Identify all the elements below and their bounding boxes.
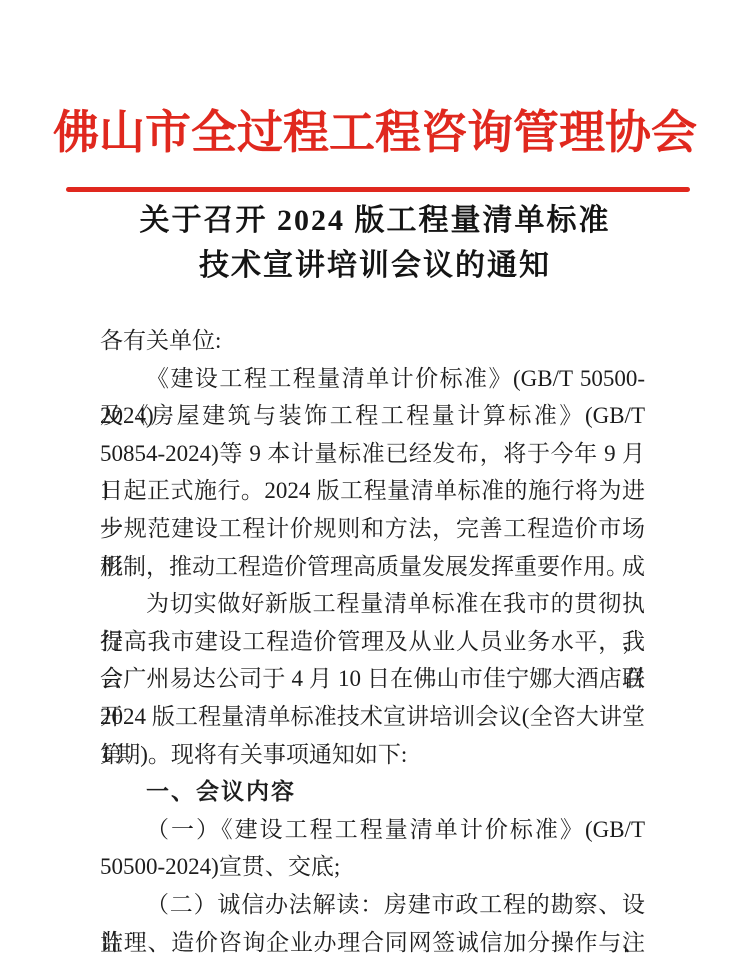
body-line: （二）诚信办法解读：房建市政工程的勘察、设计、 <box>100 886 645 924</box>
body-line: 为切实做好新版工程量清单标准在我市的贯彻执行， <box>100 585 645 623</box>
document-title-line-1: 关于召开 2024 版工程量清单标准 <box>0 198 750 243</box>
letterhead-org-name: 佛山市全过程工程咨询管理协会 <box>0 103 750 163</box>
letterhead-divider-line <box>66 187 690 192</box>
body-line: 合广州易达公司于 4 月 10 日在佛山市佳宁娜大酒店召开 <box>100 660 645 698</box>
body-line-salutation: 各有关单位: <box>100 322 645 360</box>
document-title-line-2: 技术宣讲培训会议的通知 <box>0 243 750 288</box>
body-line: 1 期)。现将有关事项通知如下: <box>100 736 645 774</box>
notice-document-page: 佛山市全过程工程咨询管理协会 关于召开 2024 版工程量清单标准 技术宣讲培训… <box>0 0 750 962</box>
body-line: 2024 版工程量清单标准技术宣讲培训会议(全咨大讲堂第 <box>100 698 645 736</box>
body-line: 及《房屋建筑与装饰工程工程量计算标准》(GB/T <box>100 397 645 435</box>
body-line: 50854-2024)等 9 本计量标准已经发布，将于今年 9 月 1 <box>100 435 645 473</box>
body-line: 机制，推动工程造价管理高质量发展发挥重要作用。 <box>100 548 645 586</box>
body-line: 提高我市建设工程造价管理及从业人员业务水平，我会联 <box>100 623 645 661</box>
document-title: 关于召开 2024 版工程量清单标准 技术宣讲培训会议的通知 <box>0 198 750 288</box>
body-line: 步规范建设工程计价规则和方法，完善工程造价市场形成 <box>100 510 645 548</box>
body-line: （一）《建设工程工程量清单计价标准》(GB/T <box>100 811 645 849</box>
body-section-heading: 一、会议内容 <box>100 773 645 811</box>
body-line: 日起正式施行。2024 版工程量清单标准的施行将为进一 <box>100 472 645 510</box>
body-line: 50500-2024)宣贯、交底; <box>100 848 645 886</box>
body-line: 监理、造价咨询企业办理合同网签诚信加分操作与注意事 <box>100 924 645 962</box>
body-line: 《建设工程工程量清单计价标准》(GB/T 50500-2024) <box>100 360 645 398</box>
document-body: 各有关单位: 《建设工程工程量清单计价标准》(GB/T 50500-2024) … <box>100 322 645 961</box>
